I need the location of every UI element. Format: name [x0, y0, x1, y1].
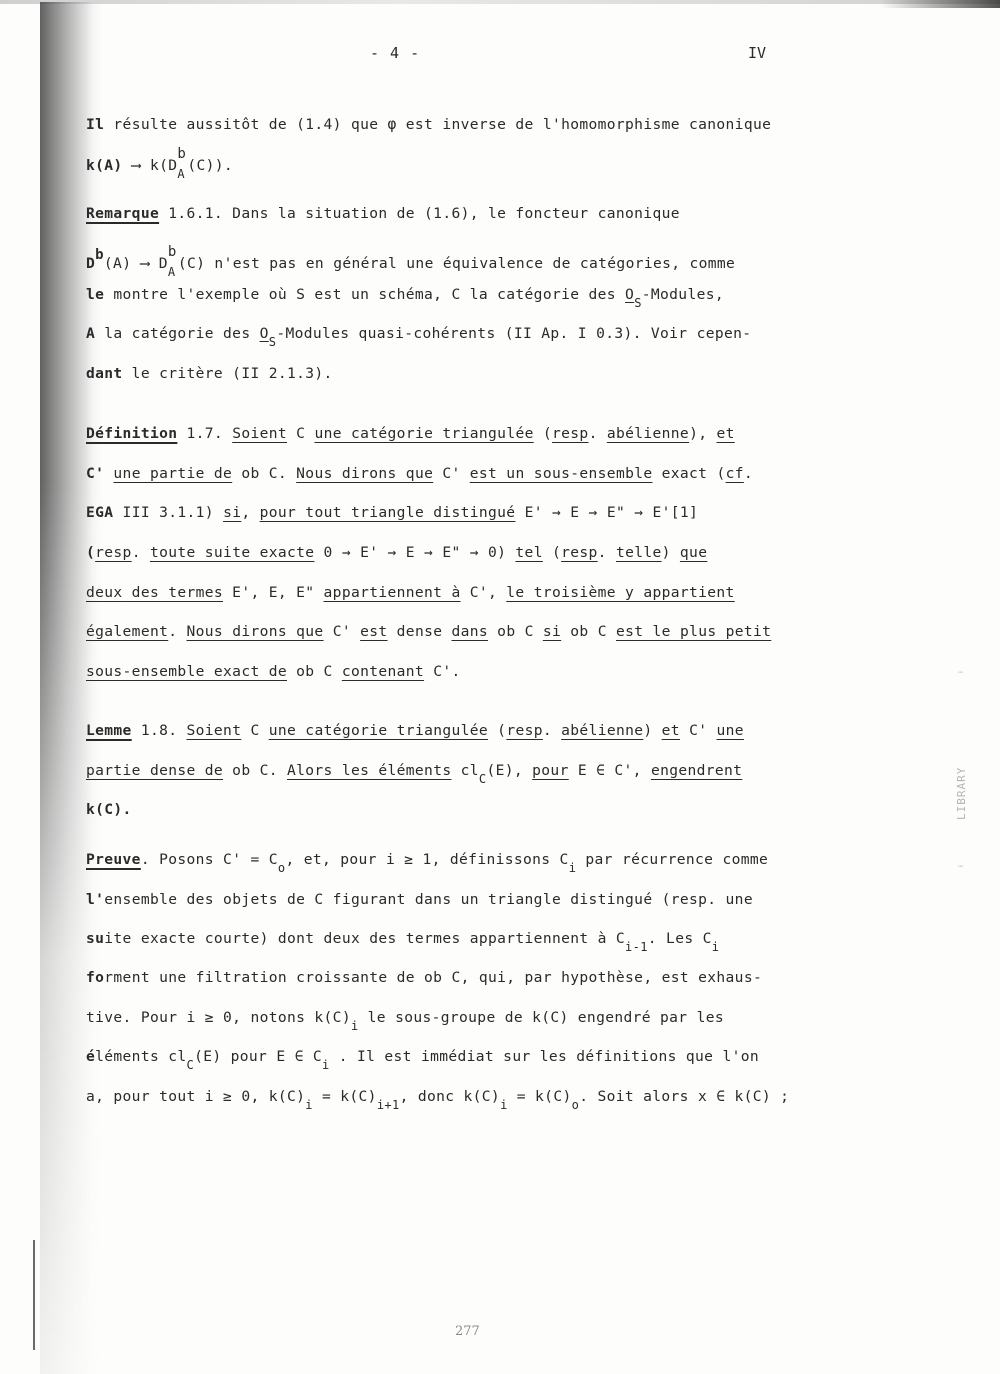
- text: tive. Pour i ≥ 0, notons k(C): [86, 1009, 351, 1026]
- text: ): [662, 544, 680, 561]
- definition-line-7: sous-ensemble exact de ob C contenant C'…: [86, 662, 461, 682]
- subscript: i: [712, 940, 720, 954]
- text: une catégorie triangulée: [269, 722, 488, 739]
- scan-top-edge: [0, 0, 1000, 4]
- text: , donc k(C): [400, 1088, 501, 1105]
- text: pour tout triangle distingué: [260, 504, 516, 521]
- text: Il: [86, 116, 104, 133]
- arrow: ⟶: [123, 157, 150, 174]
- text: .: [132, 544, 150, 561]
- library-stamp: LIBRARY: [955, 740, 969, 820]
- subscript: i+1: [377, 1098, 400, 1112]
- footer-page-number: 277: [455, 1324, 480, 1339]
- text: A: [86, 325, 95, 342]
- preuve-line-3: suite exacte courte) dont deux des terme…: [86, 929, 719, 957]
- text: (C)).: [187, 157, 233, 174]
- superscript: b: [168, 242, 177, 262]
- text: C': [680, 722, 717, 739]
- text: exact (: [653, 465, 726, 482]
- definition-line-1: Définition 1.7. Soient C une catégorie t…: [86, 424, 735, 444]
- text: montre l'exemple où S est un schéma, C l…: [104, 286, 625, 303]
- text: .: [598, 544, 616, 561]
- text: contenant: [342, 663, 424, 680]
- subscript: i: [351, 1019, 359, 1033]
- text: 1.8.: [132, 722, 187, 739]
- subscript: S: [634, 296, 642, 310]
- preuve-label: Preuve: [86, 851, 141, 868]
- text: , et, pour i ≥ 1, définissons C: [285, 851, 568, 868]
- remarque-line-3: le montre l'exemple où S est un schéma, …: [86, 285, 724, 313]
- text: 1.7.: [177, 425, 232, 442]
- text: 1.6.1. Dans la situation de (1.6), le fo…: [159, 205, 680, 222]
- definition-line-3: EGA III 3.1.1) si, pour tout triangle di…: [86, 503, 698, 523]
- subscript: i: [322, 1058, 330, 1072]
- text: pour: [532, 762, 569, 779]
- preuve-line-7: a, pour tout i ≥ 0, k(C)i = k(C)i+1, don…: [86, 1087, 789, 1115]
- text: engendrent: [651, 762, 742, 779]
- preuve-line-5: tive. Pour i ≥ 0, notons k(C)i le sous-g…: [86, 1008, 724, 1036]
- text: est un sous-ensemble: [470, 465, 653, 482]
- text: cl: [451, 762, 478, 779]
- text: D: [86, 255, 95, 272]
- text: EGA: [86, 504, 113, 521]
- text: toute suite exacte: [150, 544, 314, 561]
- sheaf-symbol: O: [260, 325, 269, 342]
- definition-label: Définition: [86, 425, 177, 442]
- text: resp: [552, 425, 589, 442]
- text: une partie de: [113, 465, 232, 482]
- text: C': [86, 465, 104, 482]
- text: su: [86, 930, 104, 947]
- scan-corner-shadow: [880, 0, 1000, 8]
- text: la catégorie des: [95, 325, 259, 342]
- subscript: i: [500, 1098, 508, 1112]
- text: deux: [86, 584, 123, 601]
- text: C: [287, 425, 314, 442]
- superscript: b: [177, 144, 186, 164]
- text: ),: [689, 425, 716, 442]
- text: ob C: [561, 623, 616, 640]
- text: (: [488, 722, 506, 739]
- text: k(A): [86, 157, 123, 174]
- lemme-line-2: partie dense de ob C. Alors les éléments…: [86, 761, 742, 789]
- text: léments cl: [95, 1048, 186, 1065]
- text: appartiennent à: [324, 584, 461, 601]
- text: (: [534, 425, 552, 442]
- text: = k(C): [313, 1088, 377, 1105]
- text: é: [86, 1048, 95, 1065]
- sheaf-symbol: O: [625, 286, 634, 303]
- text: (: [86, 544, 95, 561]
- superscript: b: [95, 247, 104, 263]
- subscript: i-1: [625, 940, 648, 954]
- text: rment une filtration croissante de ob C,…: [104, 969, 762, 986]
- text: partie dense de: [86, 762, 223, 779]
- text: . Posons C' = C: [141, 851, 278, 868]
- lemme-label: Lemme: [86, 722, 132, 739]
- text: et: [717, 425, 735, 442]
- lemme-line-3: k(C).: [86, 800, 132, 820]
- intro-line-2: k(A) ⟶ k(DbA(C)).: [86, 156, 233, 176]
- text: .: [744, 465, 753, 482]
- definition-line-6: également. Nous dirons que C' est dense …: [86, 622, 771, 642]
- preuve-line-6: éléments clC(E) pour E ∈ Ci . Il est imm…: [86, 1047, 759, 1075]
- text: (: [543, 544, 561, 561]
- text: (A) ⟶ D: [104, 255, 168, 272]
- text: si: [223, 504, 241, 521]
- definition-line-2: C' une partie de ob C. Nous dirons que C…: [86, 464, 753, 484]
- text: une catégorie triangulée: [314, 425, 533, 442]
- text: (C) n'est pas en général une équivalence…: [178, 255, 735, 272]
- subscript: C: [187, 1058, 195, 1072]
- text: ): [643, 722, 661, 739]
- text: E', E, E": [223, 584, 324, 601]
- text: k(C).: [86, 801, 132, 818]
- subscript: A: [168, 262, 176, 282]
- text: sous-ensemble exact de: [86, 663, 287, 680]
- text: resp: [506, 722, 543, 739]
- lemme-line-1: Lemme 1.8. Soient C une catégorie triang…: [86, 721, 744, 741]
- text: resp: [561, 544, 598, 561]
- text: C'.: [424, 663, 461, 680]
- text: -Modules,: [642, 286, 724, 303]
- text: ensemble des objets de C figurant dans u…: [104, 891, 753, 908]
- text: ,: [241, 504, 259, 521]
- subscript: A: [177, 164, 185, 184]
- scan-left-edge-line: [33, 1240, 35, 1350]
- text: est: [360, 623, 387, 640]
- text: (E),: [486, 762, 532, 779]
- margin-mark: ⋯: [958, 862, 963, 872]
- text: ob C: [287, 663, 342, 680]
- remarque-line-4: A la catégorie des OS-Modules quasi-cohé…: [86, 324, 751, 352]
- text: le critère (II 2.1.3).: [123, 365, 333, 382]
- text: = k(C): [508, 1088, 572, 1105]
- subscript: i: [305, 1098, 313, 1112]
- text: tel: [515, 544, 542, 561]
- text: des termes: [123, 584, 224, 601]
- text: Soient: [232, 425, 287, 442]
- text: C': [324, 623, 361, 640]
- text: E ∈ C',: [569, 762, 651, 779]
- text: ob C.: [232, 465, 296, 482]
- text: Nous dirons que: [296, 465, 433, 482]
- text: III 3.1.1): [113, 504, 223, 521]
- text: C': [433, 465, 470, 482]
- text: k(D: [150, 157, 177, 174]
- definition-line-4: (resp. toute suite exacte 0 → E' → E → E…: [86, 543, 707, 563]
- text: et: [662, 722, 680, 739]
- remarque-line-1: Remarque 1.6.1. Dans la situation de (1.…: [86, 204, 680, 224]
- remarque-line-2: Db(A) ⟶ DbA(C) n'est pas en général une …: [86, 245, 735, 274]
- text: cf: [726, 465, 744, 482]
- text: résulte aussitôt de (1.4) que φ est inve…: [104, 116, 771, 133]
- text: le troisième y appartient: [506, 584, 734, 601]
- chapter-number: IV: [748, 44, 766, 62]
- remarque-line-5: dant le critère (II 2.1.3).: [86, 364, 333, 384]
- text: Nous dirons que: [187, 623, 324, 640]
- text: 0 → E' → E → E" → 0): [314, 544, 515, 561]
- text: ob C.: [223, 762, 287, 779]
- text: C',: [461, 584, 507, 601]
- text: est le plus petit: [616, 623, 771, 640]
- text: . Il est immédiat sur les définitions qu…: [330, 1048, 759, 1065]
- text: Alors les éléments: [287, 762, 451, 779]
- margin-mark: ⋯: [958, 668, 963, 678]
- text: a, pour tout i ≥ 0, k(C): [86, 1088, 305, 1105]
- text: abélienne: [561, 722, 643, 739]
- preuve-line-1: Preuve. Posons C' = Co, et, pour i ≥ 1, …: [86, 850, 768, 878]
- preuve-line-2: l'ensemble des objets de C figurant dans…: [86, 890, 753, 910]
- intro-line-1: Il résulte aussitôt de (1.4) que φ est i…: [86, 115, 771, 135]
- text: dant: [86, 365, 123, 382]
- text: le: [86, 286, 104, 303]
- text: fo: [86, 969, 104, 986]
- text: telle: [616, 544, 662, 561]
- text: (E) pour E ∈ C: [194, 1048, 322, 1065]
- text: . Les C: [648, 930, 712, 947]
- text: .: [168, 623, 186, 640]
- text: .: [543, 722, 561, 739]
- text: également: [86, 623, 168, 640]
- text: dans: [452, 623, 489, 640]
- definition-line-5: deux des termes E', E, E" appartiennent …: [86, 583, 735, 603]
- remarque-label: Remarque: [86, 205, 159, 222]
- text: ob C: [488, 623, 543, 640]
- page-number-header: - 4 -: [370, 44, 420, 62]
- text: que: [680, 544, 707, 561]
- text: .: [589, 425, 607, 442]
- text: le sous-groupe de k(C) engendré par les: [359, 1009, 724, 1026]
- text: dense: [388, 623, 452, 640]
- text: Soient: [187, 722, 242, 739]
- preuve-line-4: forment une filtration croissante de ob …: [86, 968, 762, 988]
- text: E' → E → E" → E'[1]: [515, 504, 698, 521]
- text: l': [86, 891, 104, 908]
- text: C: [241, 722, 268, 739]
- text: une: [717, 722, 744, 739]
- text: -Modules quasi-cohérents (II Ap. I 0.3).…: [276, 325, 751, 342]
- text: . Soit alors x ∈ k(C) ;: [579, 1088, 789, 1105]
- text: si: [543, 623, 561, 640]
- text: par récurrence comme: [576, 851, 768, 868]
- text: abélienne: [607, 425, 689, 442]
- text: ite exacte courte) dont deux des termes …: [104, 930, 625, 947]
- text: resp: [95, 544, 132, 561]
